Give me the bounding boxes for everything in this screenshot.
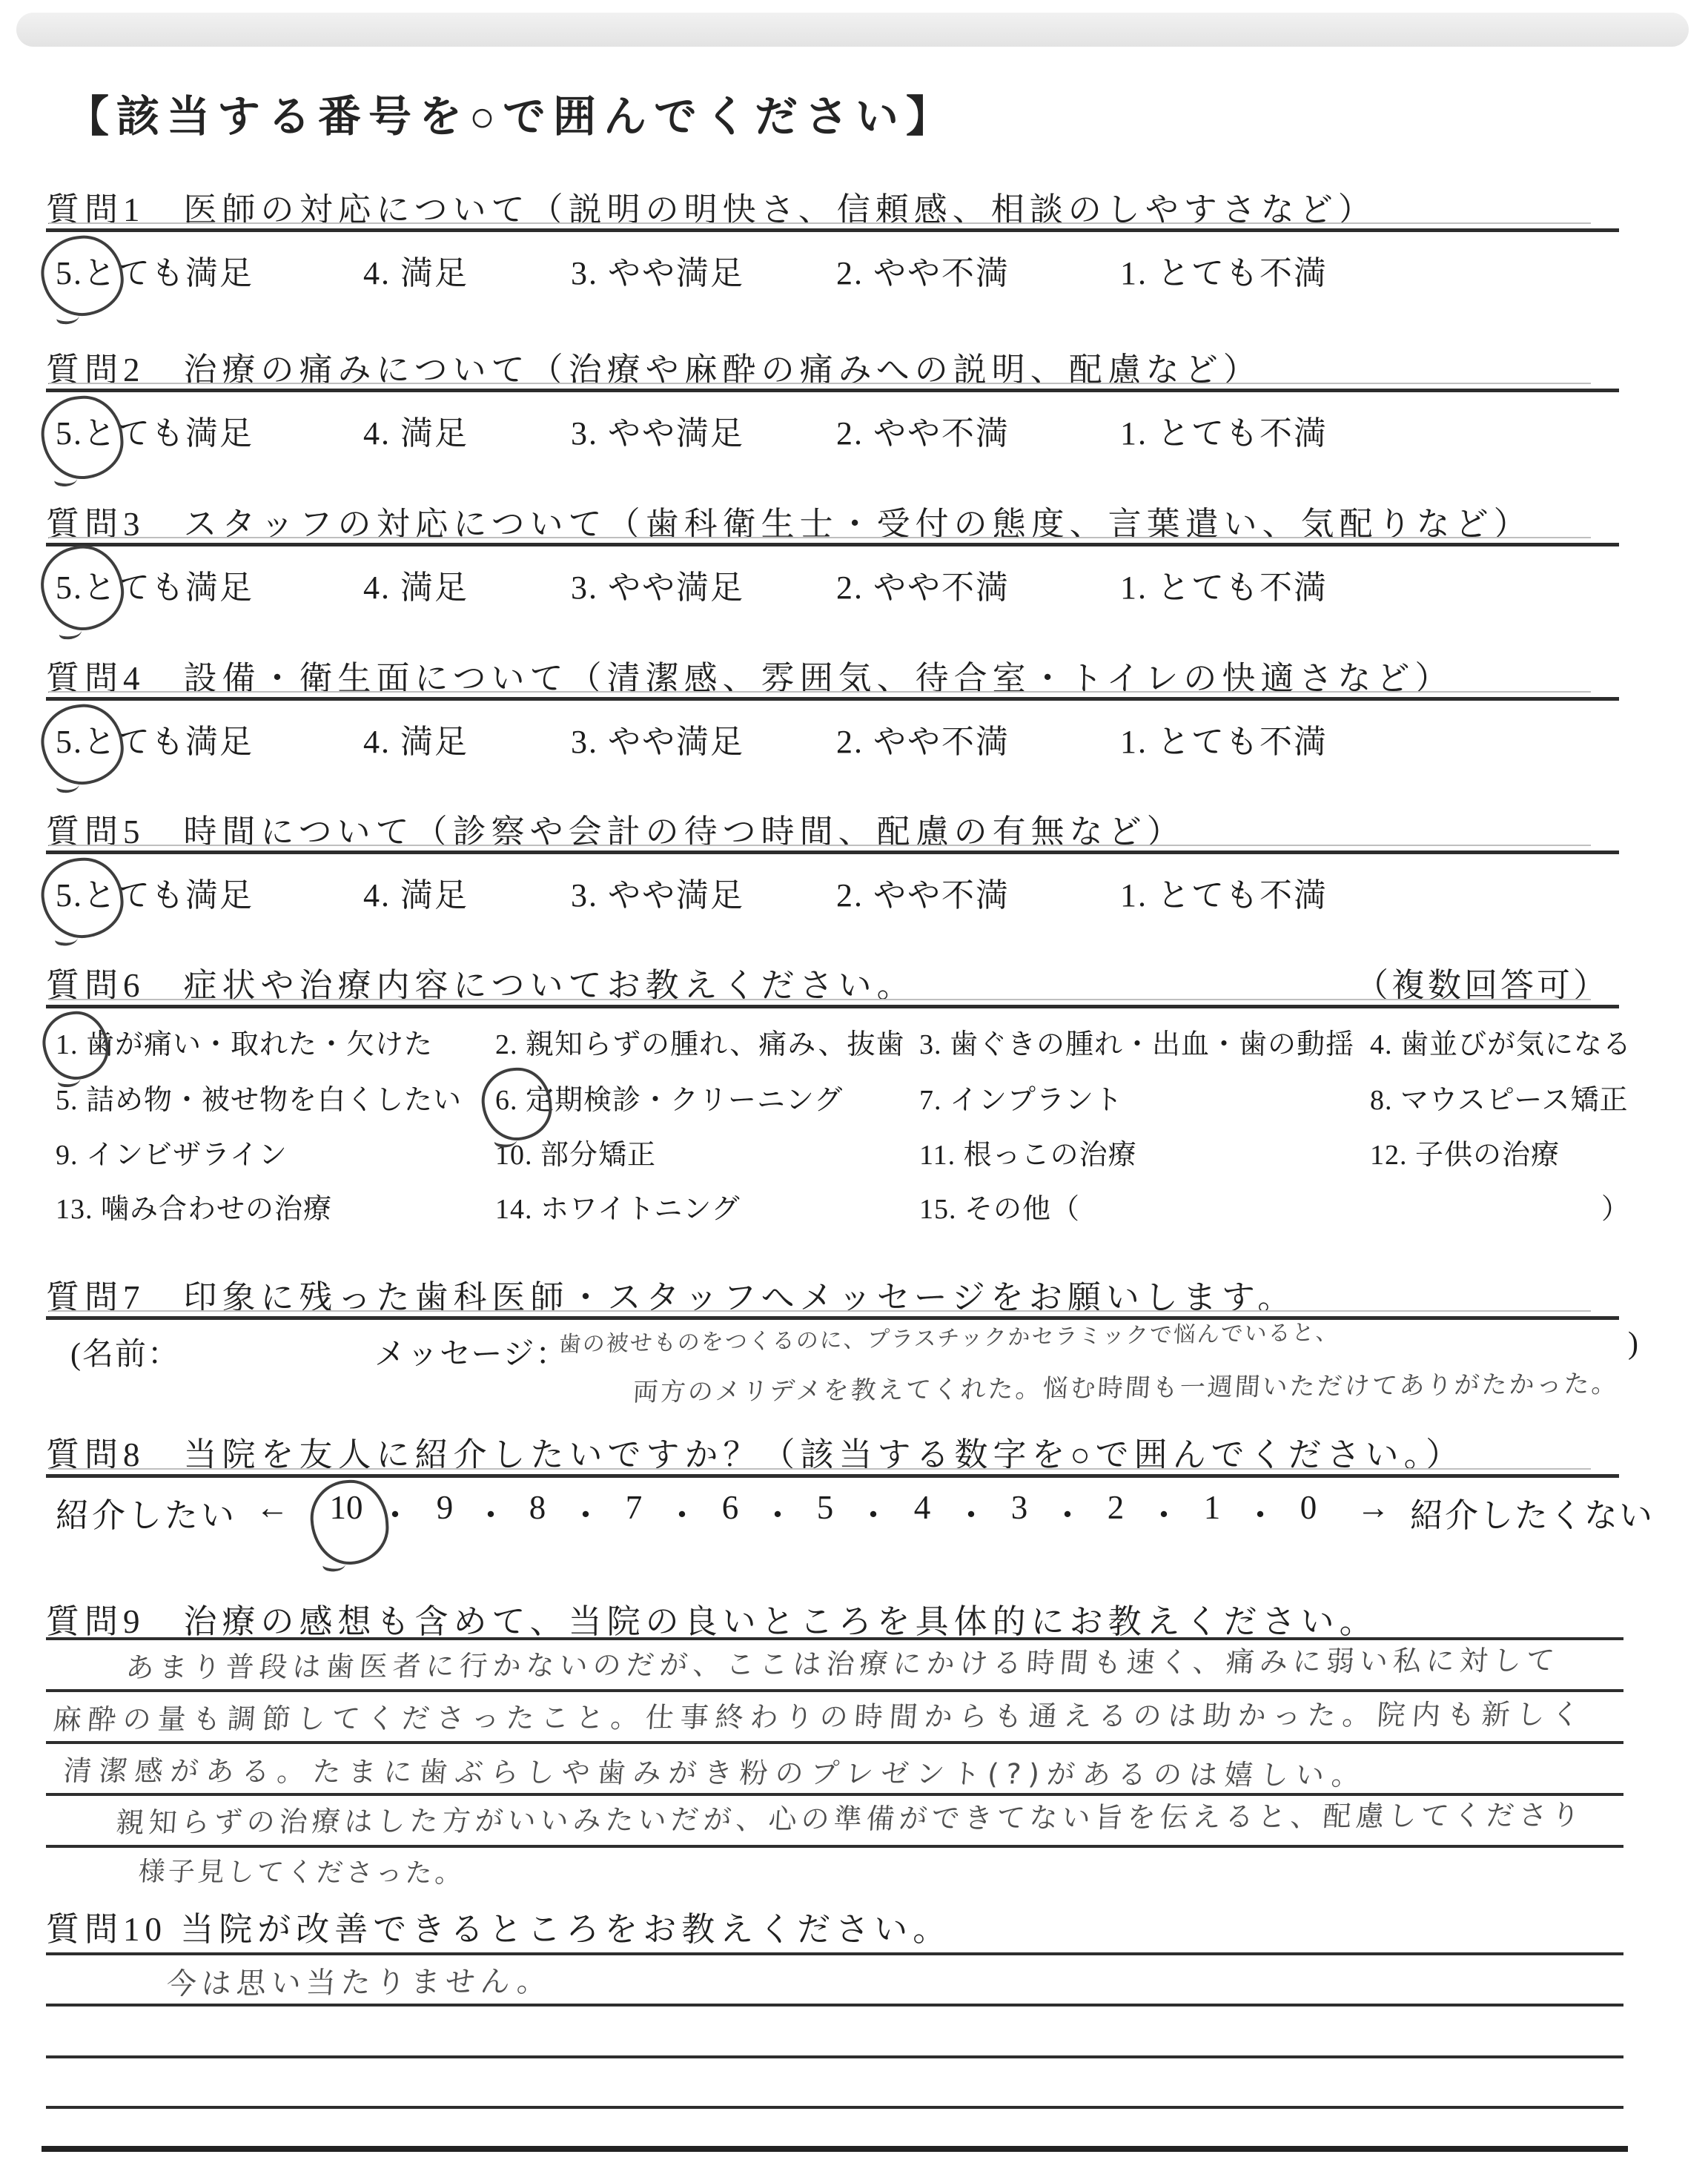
q4-option-4: 4. 満足	[363, 715, 469, 762]
q4-option-1: 1. とても不満	[1120, 715, 1328, 762]
q6-item-8: 8. マウスピース矯正	[1370, 1077, 1628, 1117]
scanned-survey-form: 【該当する番号を○で囲んでください】 質問1 医師の対応について（説明の明快さ、…	[0, 0, 1708, 2160]
q2-option-4: 4. 満足	[363, 406, 469, 454]
q8-separator: ・	[856, 1488, 890, 1536]
q8-number-7: 7	[626, 1488, 643, 1527]
q8-left-label: 紹介したい	[56, 1488, 237, 1536]
q6-item-3: 3. 歯ぐきの腫れ・出血・歯の動揺	[919, 1021, 1354, 1062]
q8-number-8: 8	[529, 1488, 546, 1527]
q7-name-label: (名前：	[70, 1330, 180, 1374]
section-rule	[46, 1005, 1619, 1008]
q8-number-4: 4	[914, 1488, 931, 1527]
q8-separator: ・	[665, 1488, 698, 1536]
answer-rule	[46, 1952, 1623, 1955]
q7-message-label: メッセージ：	[374, 1330, 568, 1374]
left-arrow-icon: ←	[256, 1488, 289, 1527]
answer-rule	[46, 2055, 1623, 2058]
answer-rule	[46, 1741, 1623, 1744]
q10-handwritten-line-1: 今は思い当たりません。	[165, 1958, 553, 2003]
q9-handwritten-line-4: 親知らずの治療はした方がいいみたいだが、心の準備ができてない旨を伝えると、配慮し…	[115, 1792, 1586, 1840]
q3-option-3: 3. やや満足	[571, 561, 744, 608]
section-rule	[46, 228, 1619, 232]
q5-option-4: 4. 満足	[363, 868, 469, 916]
q8-separator: ・	[569, 1488, 602, 1536]
q4-selected-circle	[37, 700, 128, 790]
q8-number-1: 1	[1204, 1488, 1221, 1527]
q8-separator: ・	[474, 1488, 507, 1536]
q4-option-2: 2. やや不満	[836, 715, 1010, 762]
q8-number-0: 0	[1300, 1488, 1317, 1527]
q8-separator: ・	[1147, 1488, 1180, 1536]
answer-rule	[46, 1845, 1623, 1848]
q1-option-4: 4. 満足	[363, 246, 469, 294]
section-rule	[46, 1316, 1619, 1320]
q6-item-1: 1. 歯が痛い・取れた・欠けた	[56, 1021, 433, 1062]
q1-selected-circle	[37, 231, 128, 321]
q9-handwritten-line-3: 清潔感がある。たまに歯ぶらしや歯みがき粉のプレゼント(?)があるのは嬉しい。	[62, 1748, 1368, 1793]
question-9-heading: 質問9 治療の感想も含めて、当院の良いところを具体的にお教えください。	[46, 1594, 1378, 1642]
q8-separator: ・	[1243, 1488, 1277, 1536]
q9-handwritten-line-1: あまり普段は歯医者に行かないのだが、ここは治療にかける時間も速く、痛みに弱い私に…	[125, 1637, 1561, 1685]
q8-separator: ・	[954, 1488, 987, 1536]
q8-number-9: 9	[437, 1488, 454, 1527]
q8-right-label: 紹介したくない	[1410, 1488, 1654, 1536]
q5-selected-circle	[39, 854, 127, 941]
q5-option-3: 3. やや満足	[571, 868, 744, 916]
q7-handwritten-message-line-2: 両方のメリデメを教えてくれた。悩む時間も一週間いただけてありがたかった。	[632, 1363, 1621, 1408]
section-rule	[46, 851, 1619, 854]
q6-item-15: 15. その他（	[919, 1186, 1080, 1226]
section-rule	[46, 697, 1619, 701]
q6-item-12: 12. 子供の治療	[1370, 1132, 1560, 1172]
q8-number-2: 2	[1108, 1488, 1125, 1527]
q2-option-2: 2. やや不満	[836, 406, 1010, 454]
q6-circle-item-1	[39, 1007, 113, 1083]
q8-number-5: 5	[817, 1488, 834, 1527]
q3-selected-circle	[35, 539, 130, 636]
q9-handwritten-line-5: 様子見してくださった。	[137, 1851, 466, 1890]
q9-handwritten-line-2: 麻酔の量も調節してくださったこと。仕事終わりの時間からも通えるのは助かった。院内…	[52, 1691, 1588, 1737]
question-10-heading: 質問10 当院が改善できるところをお教えください。	[46, 1902, 951, 1950]
q6-item-14: 14. ホワイトニング	[495, 1186, 741, 1226]
q6-item-13: 13. 噛み合わせの治療	[56, 1186, 332, 1226]
scan-artifact-bar	[16, 13, 1689, 47]
q5-option-2: 2. やや不満	[836, 868, 1010, 916]
q7-handwritten-message-line-1: 歯の被せものをつくるのに、プラスチックかセラミックで悩んでいると、	[558, 1313, 1340, 1358]
bottom-rule	[42, 2146, 1628, 2152]
q3-option-1: 1. とても不満	[1120, 561, 1328, 608]
q6-other-close-paren: ）	[1601, 1186, 1630, 1226]
q8-separator: ・	[761, 1488, 794, 1536]
q8-number-3: 3	[1011, 1488, 1028, 1527]
q1-option-2: 2. やや不満	[836, 246, 1010, 294]
q1-option-1: 1. とても不満	[1120, 246, 1328, 294]
q4-option-3: 3. やや満足	[571, 715, 744, 762]
q1-option-3: 3. やや満足	[571, 246, 744, 294]
answer-rule	[46, 2004, 1623, 2007]
q6-item-11: 11. 根っこの治療	[919, 1132, 1137, 1172]
section-rule	[46, 389, 1619, 392]
q7-close-paren: )	[1628, 1326, 1640, 1361]
q6-item-2: 2. 親知らずの腫れ、痛み、抜歯	[495, 1021, 905, 1062]
q8-number-6: 6	[722, 1488, 739, 1527]
q3-option-2: 2. やや不満	[836, 561, 1010, 608]
q6-item-9: 9. インビザライン	[56, 1132, 288, 1172]
q6-item-5: 5. 詰め物・被せ物を白くしたい	[56, 1077, 462, 1117]
answer-rule	[46, 2106, 1623, 2109]
q6-item-7: 7. インプラント	[919, 1077, 1123, 1117]
right-arrow-icon: →	[1357, 1488, 1390, 1527]
section-rule	[46, 1474, 1619, 1478]
q6-item-4: 4. 歯並びが気になる	[1370, 1021, 1632, 1062]
q2-option-3: 3. やや満足	[571, 406, 744, 454]
q8-separator: ・	[1050, 1488, 1084, 1536]
q3-option-4: 4. 満足	[363, 561, 469, 608]
section-rule	[46, 543, 1619, 546]
q2-option-1: 1. とても不満	[1120, 406, 1328, 454]
q5-option-1: 1. とても不満	[1120, 868, 1328, 916]
page-title: 【該当する番号を○で囲んでください】	[66, 82, 956, 144]
